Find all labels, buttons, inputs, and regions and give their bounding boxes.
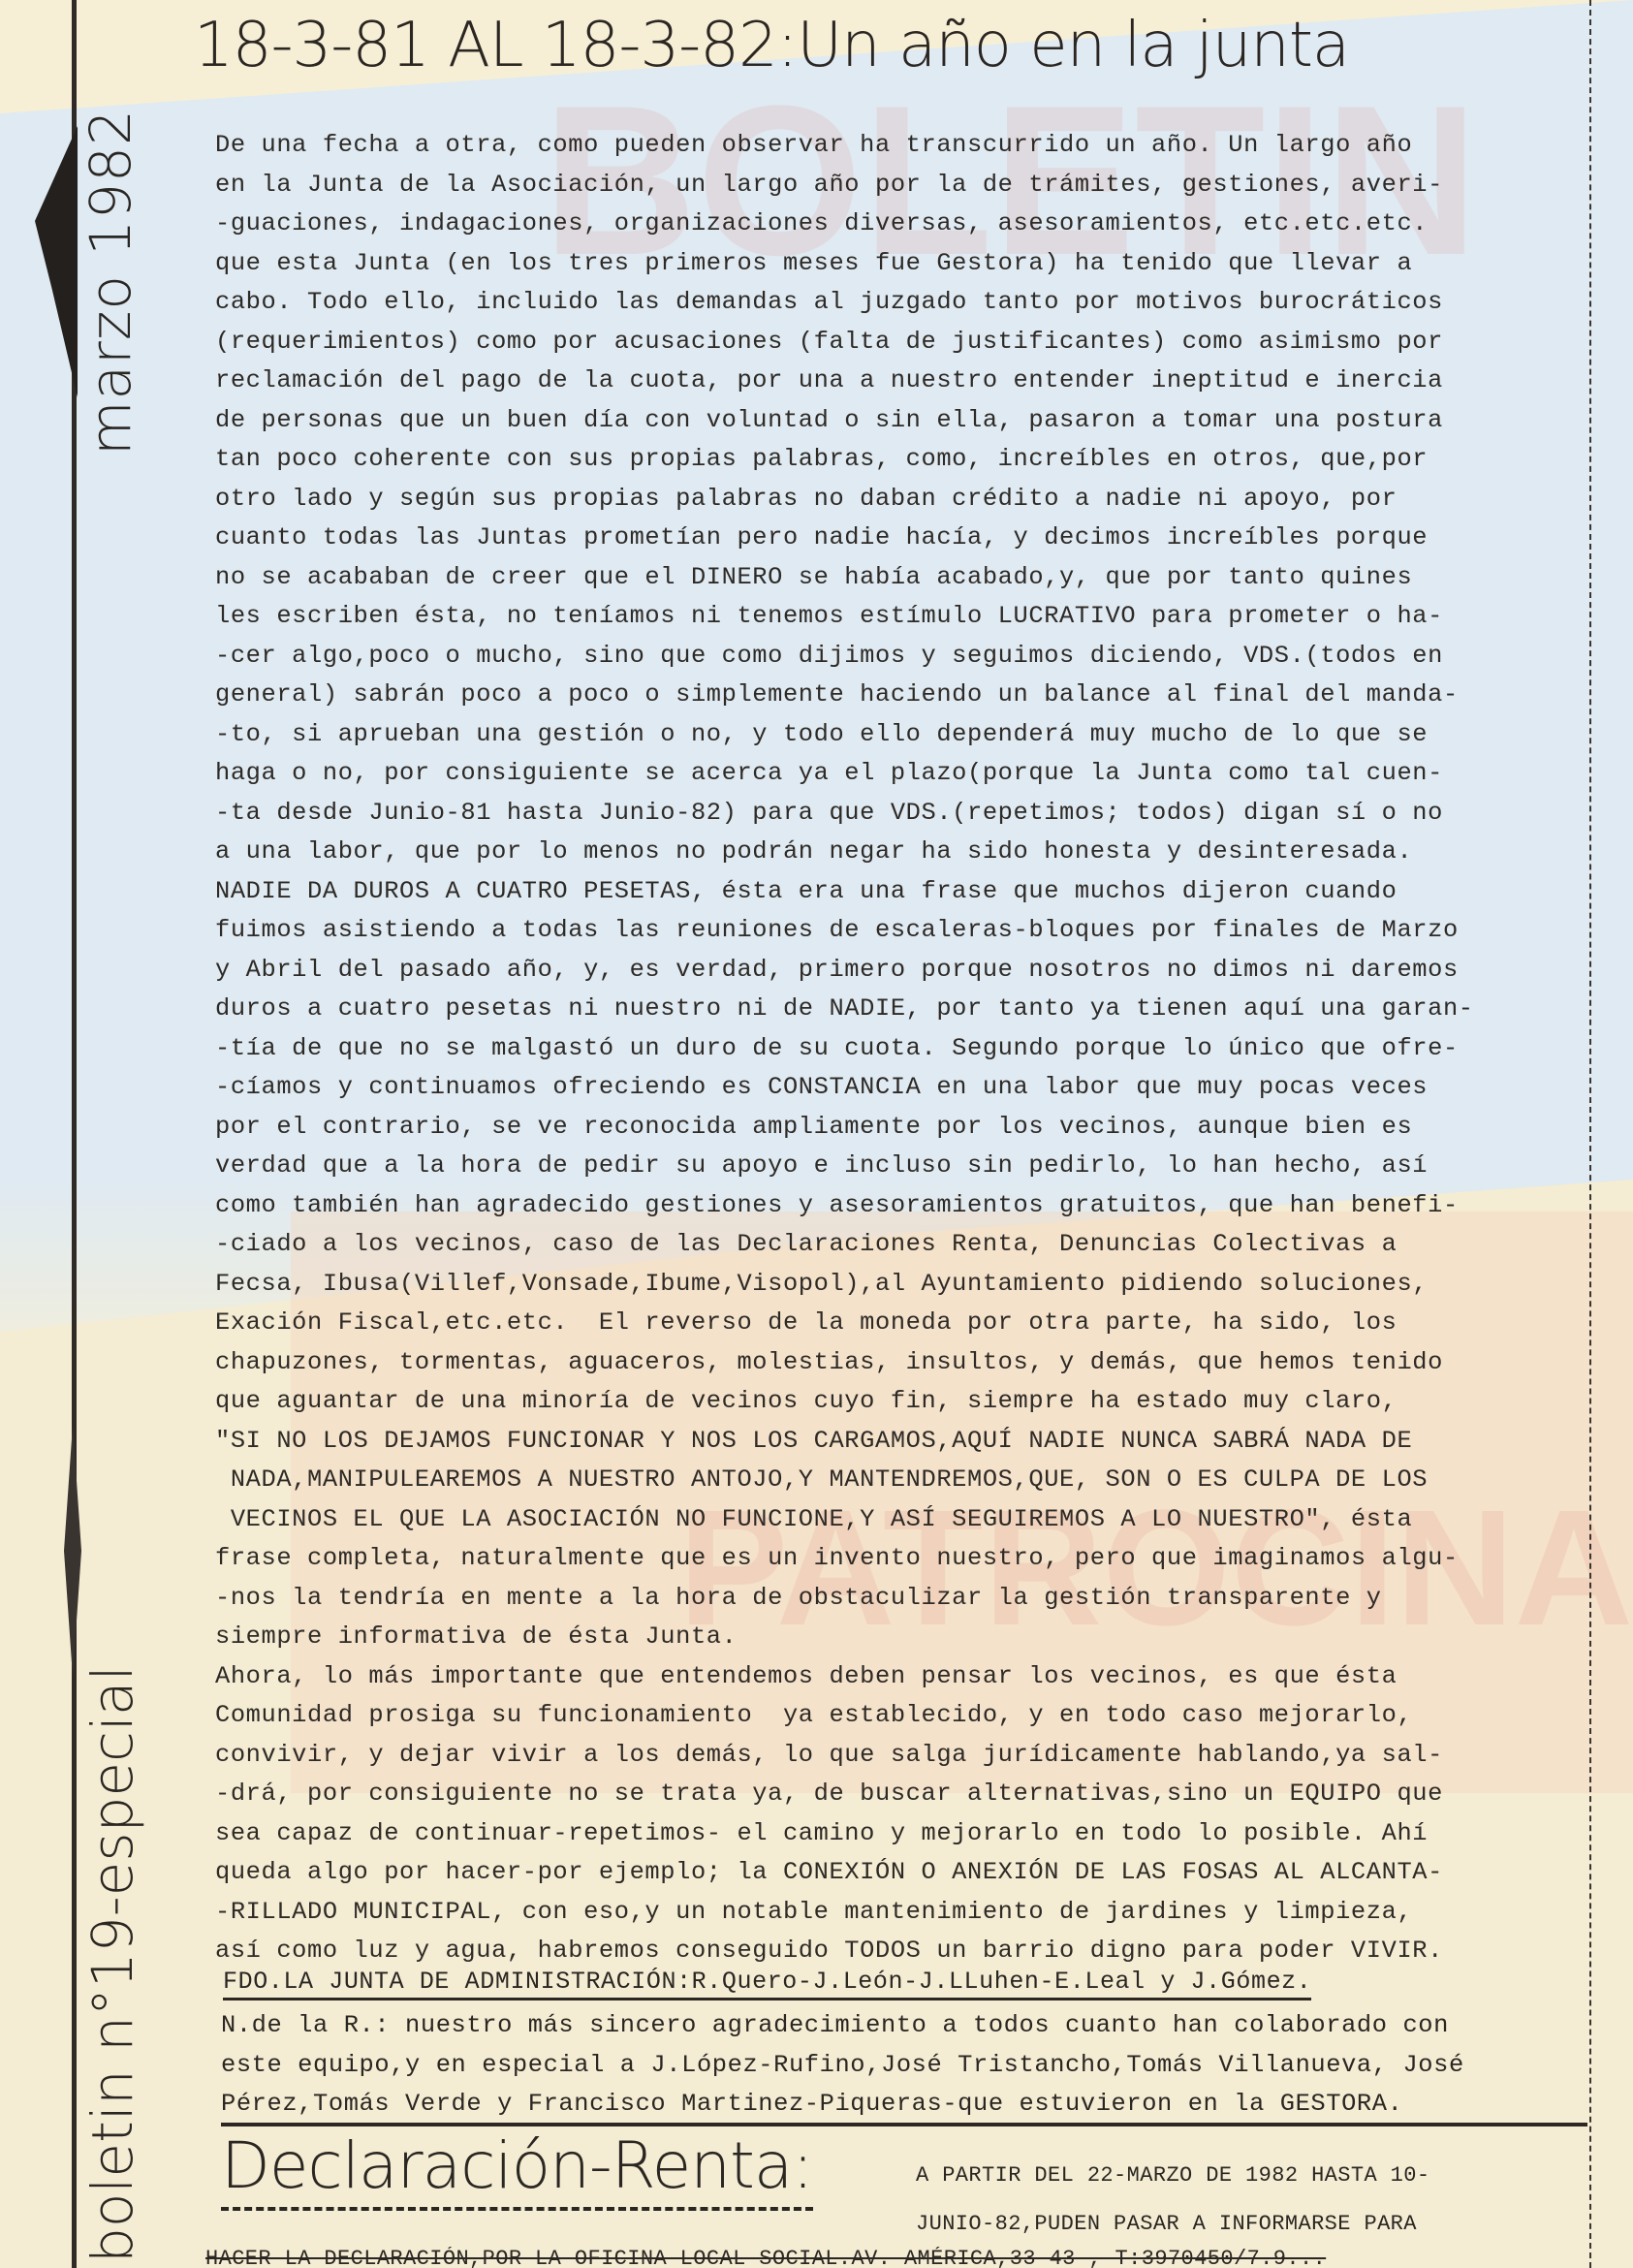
text-line: Ahora, lo más importante que entendemos … bbox=[215, 1657, 1591, 1697]
text-line: fuimos asistiendo a todas las reuniones … bbox=[215, 911, 1591, 951]
text-line: Pérez,Tomás Verde y Francisco Martinez-P… bbox=[221, 2085, 1597, 2125]
renta-info-line: A PARTIR DEL 22-MARZO DE 1982 HASTA 10- bbox=[916, 2163, 1594, 2188]
article-body: De una fecha a otra, como pueden observa… bbox=[215, 126, 1591, 1971]
text-line: chapuzones, tormentas, aguaceros, molest… bbox=[215, 1343, 1591, 1383]
text-line: queda algo por hacer-por ejemplo; la CON… bbox=[215, 1853, 1591, 1893]
text-line: (requerimientos) como por acusaciones (f… bbox=[215, 323, 1591, 362]
spine-issue-label: boletin n°19-especial bbox=[79, 1665, 145, 2263]
text-line: -nos la tendría en mente a la hora de ob… bbox=[215, 1579, 1591, 1619]
text-line: cabo. Todo ello, incluido las demandas a… bbox=[215, 283, 1591, 323]
renta-info-line: JUNIO-82,PUDEN PASAR A INFORMARSE PARA bbox=[916, 2212, 1594, 2236]
renta-heading: Declaración-Renta: bbox=[221, 2128, 813, 2211]
signature-line: FDO.LA JUNTA DE ADMINISTRACIÓN:R.Quero-J… bbox=[223, 1968, 1311, 2000]
text-line: -drá, por consiguiente no se trata ya, d… bbox=[215, 1775, 1591, 1814]
text-line: por el contrario, se ve reconocida ampli… bbox=[215, 1108, 1591, 1148]
spine-date-label: marzo 1982 bbox=[78, 109, 143, 456]
text-line: -ta desde Junio-81 hasta Junio-82) para … bbox=[215, 794, 1591, 834]
text-line: N.de la R.: nuestro más sincero agradeci… bbox=[221, 2006, 1597, 2046]
text-line: como también han agradecido gestiones y … bbox=[215, 1186, 1591, 1226]
text-line: De una fecha a otra, como pueden observa… bbox=[215, 126, 1591, 166]
text-line: -cíamos y continuamos ofreciendo es CONS… bbox=[215, 1068, 1591, 1108]
text-line: -RILLADO MUNICIPAL, con eso,y un notable… bbox=[215, 1893, 1591, 1933]
text-line: reclamación del pago de la cuota, por un… bbox=[215, 362, 1591, 401]
text-line: -ciado a los vecinos, caso de las Declar… bbox=[215, 1225, 1591, 1265]
text-line: VECINOS EL QUE LA ASOCIACIÓN NO FUNCIONE… bbox=[215, 1500, 1591, 1540]
text-line: -guaciones, indagaciones, organizaciones… bbox=[215, 205, 1591, 244]
editor-note: N.de la R.: nuestro más sincero agradeci… bbox=[221, 2006, 1597, 2125]
text-line: no se acababan de creer que el DINERO se… bbox=[215, 558, 1591, 598]
page-title: 18-3-81 AL 18-3-82:Un año en la junta bbox=[194, 10, 1580, 81]
text-line: -cer algo,poco o mucho, sino que como di… bbox=[215, 637, 1591, 677]
text-line: otro lado y según sus propias palabras n… bbox=[215, 480, 1591, 520]
text-line: les escriben ésta, no teníamos ni tenemo… bbox=[215, 597, 1591, 637]
text-line: Fecsa, Ibusa(Villef,Vonsade,Ibume,Visopo… bbox=[215, 1265, 1591, 1305]
text-line: NADA,MANIPULEAREMOS A NUESTRO ANTOJO,Y M… bbox=[215, 1461, 1591, 1500]
text-line: siempre informativa de ésta Junta. bbox=[215, 1618, 1591, 1657]
text-line: a una labor, que por lo menos no podrán … bbox=[215, 833, 1591, 872]
text-line: Comunidad prosiga su funcionamiento ya e… bbox=[215, 1696, 1591, 1736]
text-line: este equipo,y en especial a J.López-Rufi… bbox=[221, 2046, 1597, 2086]
text-line: frase completa, naturalmente que es un i… bbox=[215, 1539, 1591, 1579]
text-line: verdad que a la hora de pedir su apoyo e… bbox=[215, 1147, 1591, 1186]
text-line: en la Junta de la Asociación, un largo a… bbox=[215, 166, 1591, 205]
text-line: duros a cuatro pesetas ni nuestro ni de … bbox=[215, 990, 1591, 1029]
text-line: así como luz y agua, habremos conseguido… bbox=[215, 1932, 1591, 1971]
text-line: -to, si aprueban una gestión o no, y tod… bbox=[215, 715, 1591, 755]
text-line: Exación Fiscal,etc.etc. El reverso de la… bbox=[215, 1304, 1591, 1343]
renta-info-line: HACER LA DECLARACIÓN,POR LA OFICINA-LOCA… bbox=[205, 2247, 1630, 2268]
text-line: convivir, y dejar vivir a los demás, lo … bbox=[215, 1736, 1591, 1776]
text-line: y Abril del pasado año, y, es verdad, pr… bbox=[215, 951, 1591, 991]
text-line: de personas que un buen día con voluntad… bbox=[215, 401, 1591, 441]
text-line: NADIE DA DUROS A CUATRO PESETAS, ésta er… bbox=[215, 872, 1591, 912]
text-line: que esta Junta (en los tres primeros mes… bbox=[215, 244, 1591, 284]
text-line: general) sabrán poco a poco o simplement… bbox=[215, 676, 1591, 715]
text-line: haga o no, por consiguiente se acerca ya… bbox=[215, 754, 1591, 794]
text-line: que aguantar de una minoría de vecinos c… bbox=[215, 1382, 1591, 1422]
text-line: sea capaz de continuar-repetimos- el cam… bbox=[215, 1814, 1591, 1854]
text-line: "SI NO LOS DEJAMOS FUNCIONAR Y NOS LOS C… bbox=[215, 1422, 1591, 1462]
text-line: -tía de que no se malgastó un duro de su… bbox=[215, 1029, 1591, 1069]
text-line: cuanto todas las Juntas prometían pero n… bbox=[215, 519, 1591, 558]
footer-divider bbox=[221, 2123, 1587, 2126]
text-line: tan poco coherente con sus propias palab… bbox=[215, 440, 1591, 480]
